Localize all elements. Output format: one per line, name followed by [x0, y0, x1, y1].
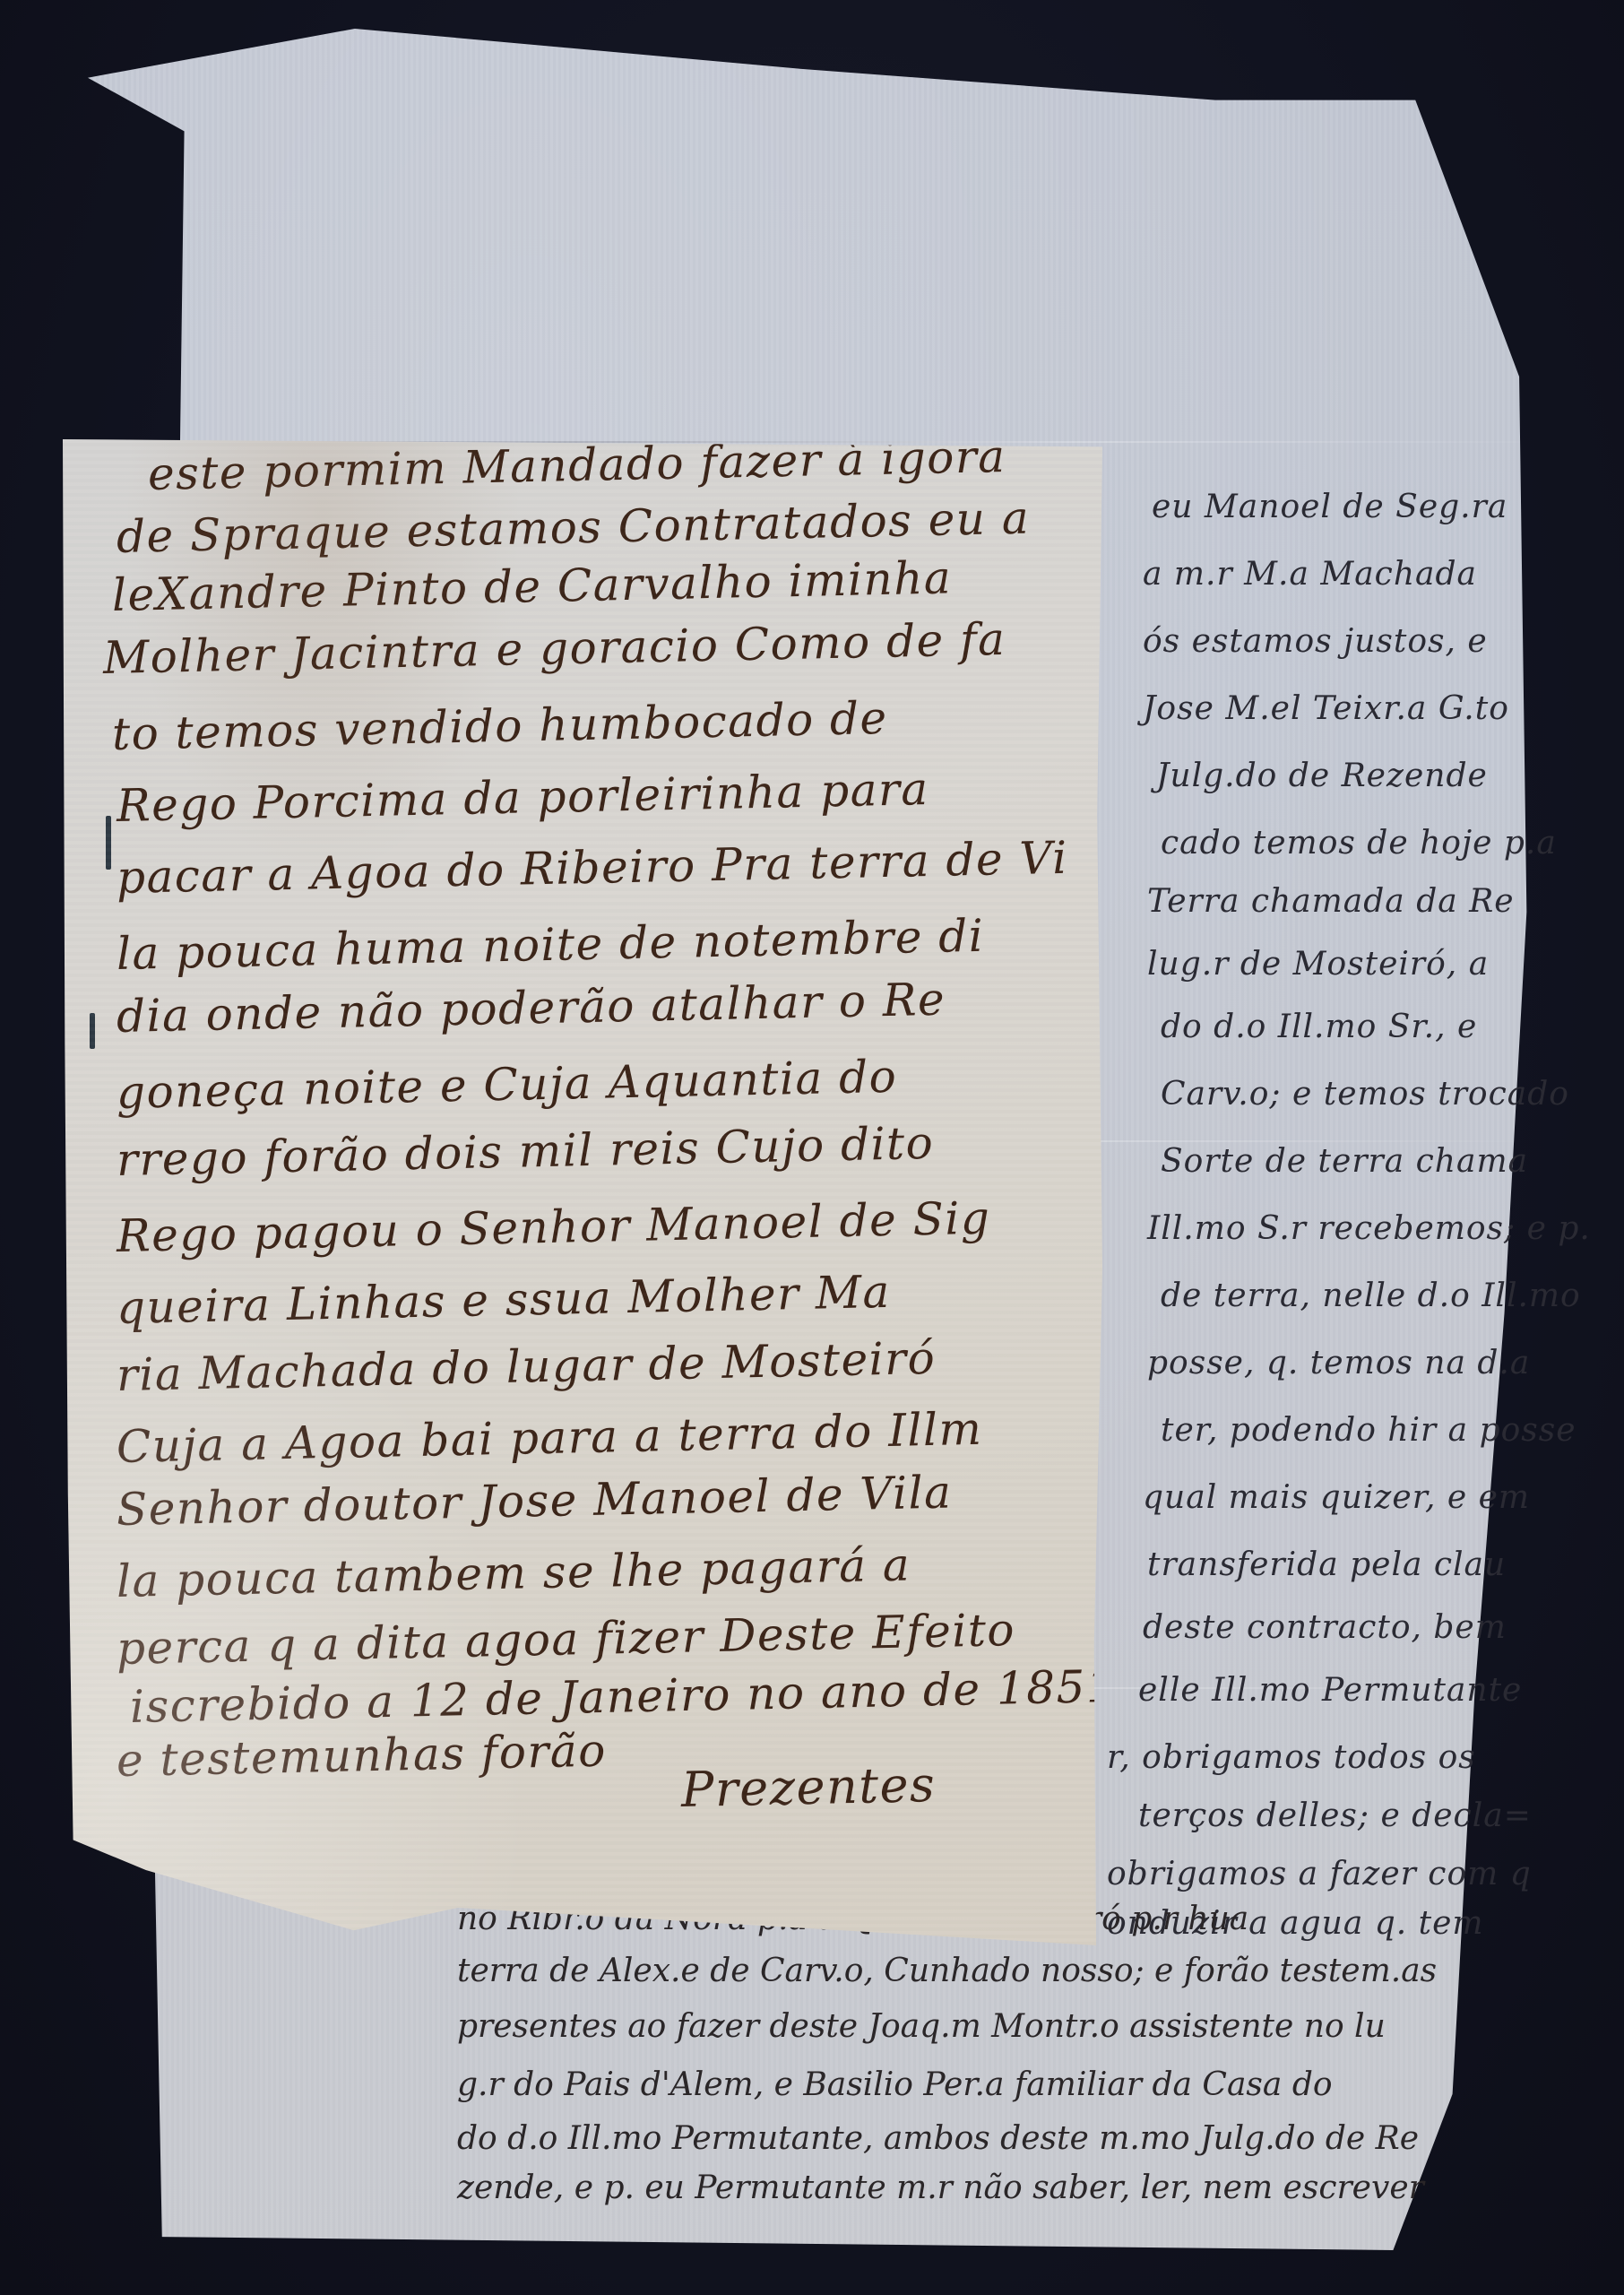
manuscript-line: ós estamos justos, e — [1143, 623, 1488, 660]
manuscript-line: Terra chamada da Re — [1147, 883, 1515, 920]
note-line: Senhor doutor Jose Manoel de Vila — [116, 1466, 953, 1536]
overlay-handwritten-note: este pormim Mandado fazer à igora de Spr… — [63, 439, 1102, 1945]
manuscript-line: posse, q. temos na d.a — [1147, 1345, 1530, 1381]
note-line: ria Machada do lugar de Mosteiró — [116, 1332, 936, 1401]
note-line: goneça noite e Cuja Aquantia do — [116, 1051, 897, 1119]
note-line: la pouca huma noite de notembre di — [116, 910, 984, 980]
manuscript-line: lug.r de Mosteiró, a — [1147, 946, 1489, 983]
manuscript-line: terra de Alex.e de Carv.o, Cunhado nosso… — [457, 1953, 1437, 1989]
note-line: Rego Porcima da porleirinha para — [116, 763, 929, 832]
manuscript-line: elle Ill.mo Permutante — [1138, 1672, 1522, 1709]
manuscript-line: Sorte de terra chama — [1161, 1143, 1528, 1180]
manuscript-line: obrigamos a fazer com q — [1107, 1856, 1532, 1892]
note-text-block: este pormim Mandado fazer à igora de Spr… — [63, 439, 1102, 1945]
manuscript-line: Ill.mo S.r recebemos; e p. — [1147, 1210, 1591, 1247]
note-line: dia onde não poderão atalhar o Re — [116, 974, 946, 1043]
note-signature: Prezentes — [680, 1756, 936, 1818]
manuscript-line: qual mais quizer, e em — [1143, 1479, 1530, 1516]
note-line: queira Linhas e ssua Molher Ma — [116, 1266, 891, 1334]
manuscript-line: g.r do Pais d'Alem, e Basilio Per.a fami… — [457, 2066, 1333, 2103]
note-line: la pouca tambem se lhe pagará a — [116, 1538, 911, 1607]
manuscript-line: cado temos de hoje p.a — [1161, 825, 1557, 862]
manuscript-line: de terra, nelle d.o Ill.mo — [1161, 1277, 1581, 1314]
note-line: to temos vendido humbocado de — [111, 692, 888, 760]
note-line: rrego forão dois mil reis Cujo dito — [116, 1117, 934, 1186]
note-line: e testemunhas forão — [116, 1725, 607, 1787]
note-line: pacar a Agoa do Ribeiro Pra terra de Vi — [116, 832, 1068, 904]
note-line: perca q a dita agoa fizer Deste Efeito — [116, 1604, 1015, 1675]
manuscript-line: zende, e p. eu Permutante m.r não saber,… — [457, 2169, 1424, 2206]
note-line: Molher Jacintra e goracio Como de fa — [102, 613, 1006, 684]
note-line: Rego pagou o Senhor Manoel de Sig — [116, 1192, 990, 1262]
manuscript-line: r, obrigamos todos os — [1107, 1739, 1476, 1776]
manuscript-line: terços delles; e decla= — [1138, 1797, 1532, 1834]
manuscript-line: Julg.do de Rezende — [1156, 758, 1488, 794]
note-line: Cuja a Agoa bai para a terra do Illm — [116, 1403, 982, 1473]
manuscript-line: do d.o Ill.mo Permutante, ambos deste m.… — [457, 2120, 1419, 2157]
manuscript-line: do d.o Ill.mo Sr., e — [1161, 1009, 1477, 1045]
manuscript-line: eu Manoel de Seg.ra — [1152, 489, 1507, 525]
note-line: leXandre Pinto de Carvalho iminha — [111, 551, 952, 621]
manuscript-line: presentes ao fazer deste Joaq.m Montr.o … — [457, 2008, 1386, 2045]
manuscript-line: transferida pela clau — [1147, 1546, 1506, 1583]
manuscript-line: ter, podendo hir a posse — [1161, 1412, 1576, 1449]
manuscript-line: deste contracto, bem — [1143, 1609, 1507, 1646]
manuscript-line: Carv.o; e temos trocado — [1161, 1076, 1569, 1113]
manuscript-line: a m.r M.a Machada — [1143, 556, 1477, 593]
manuscript-line: Jose M.el Teixr.a G.to — [1143, 690, 1509, 727]
